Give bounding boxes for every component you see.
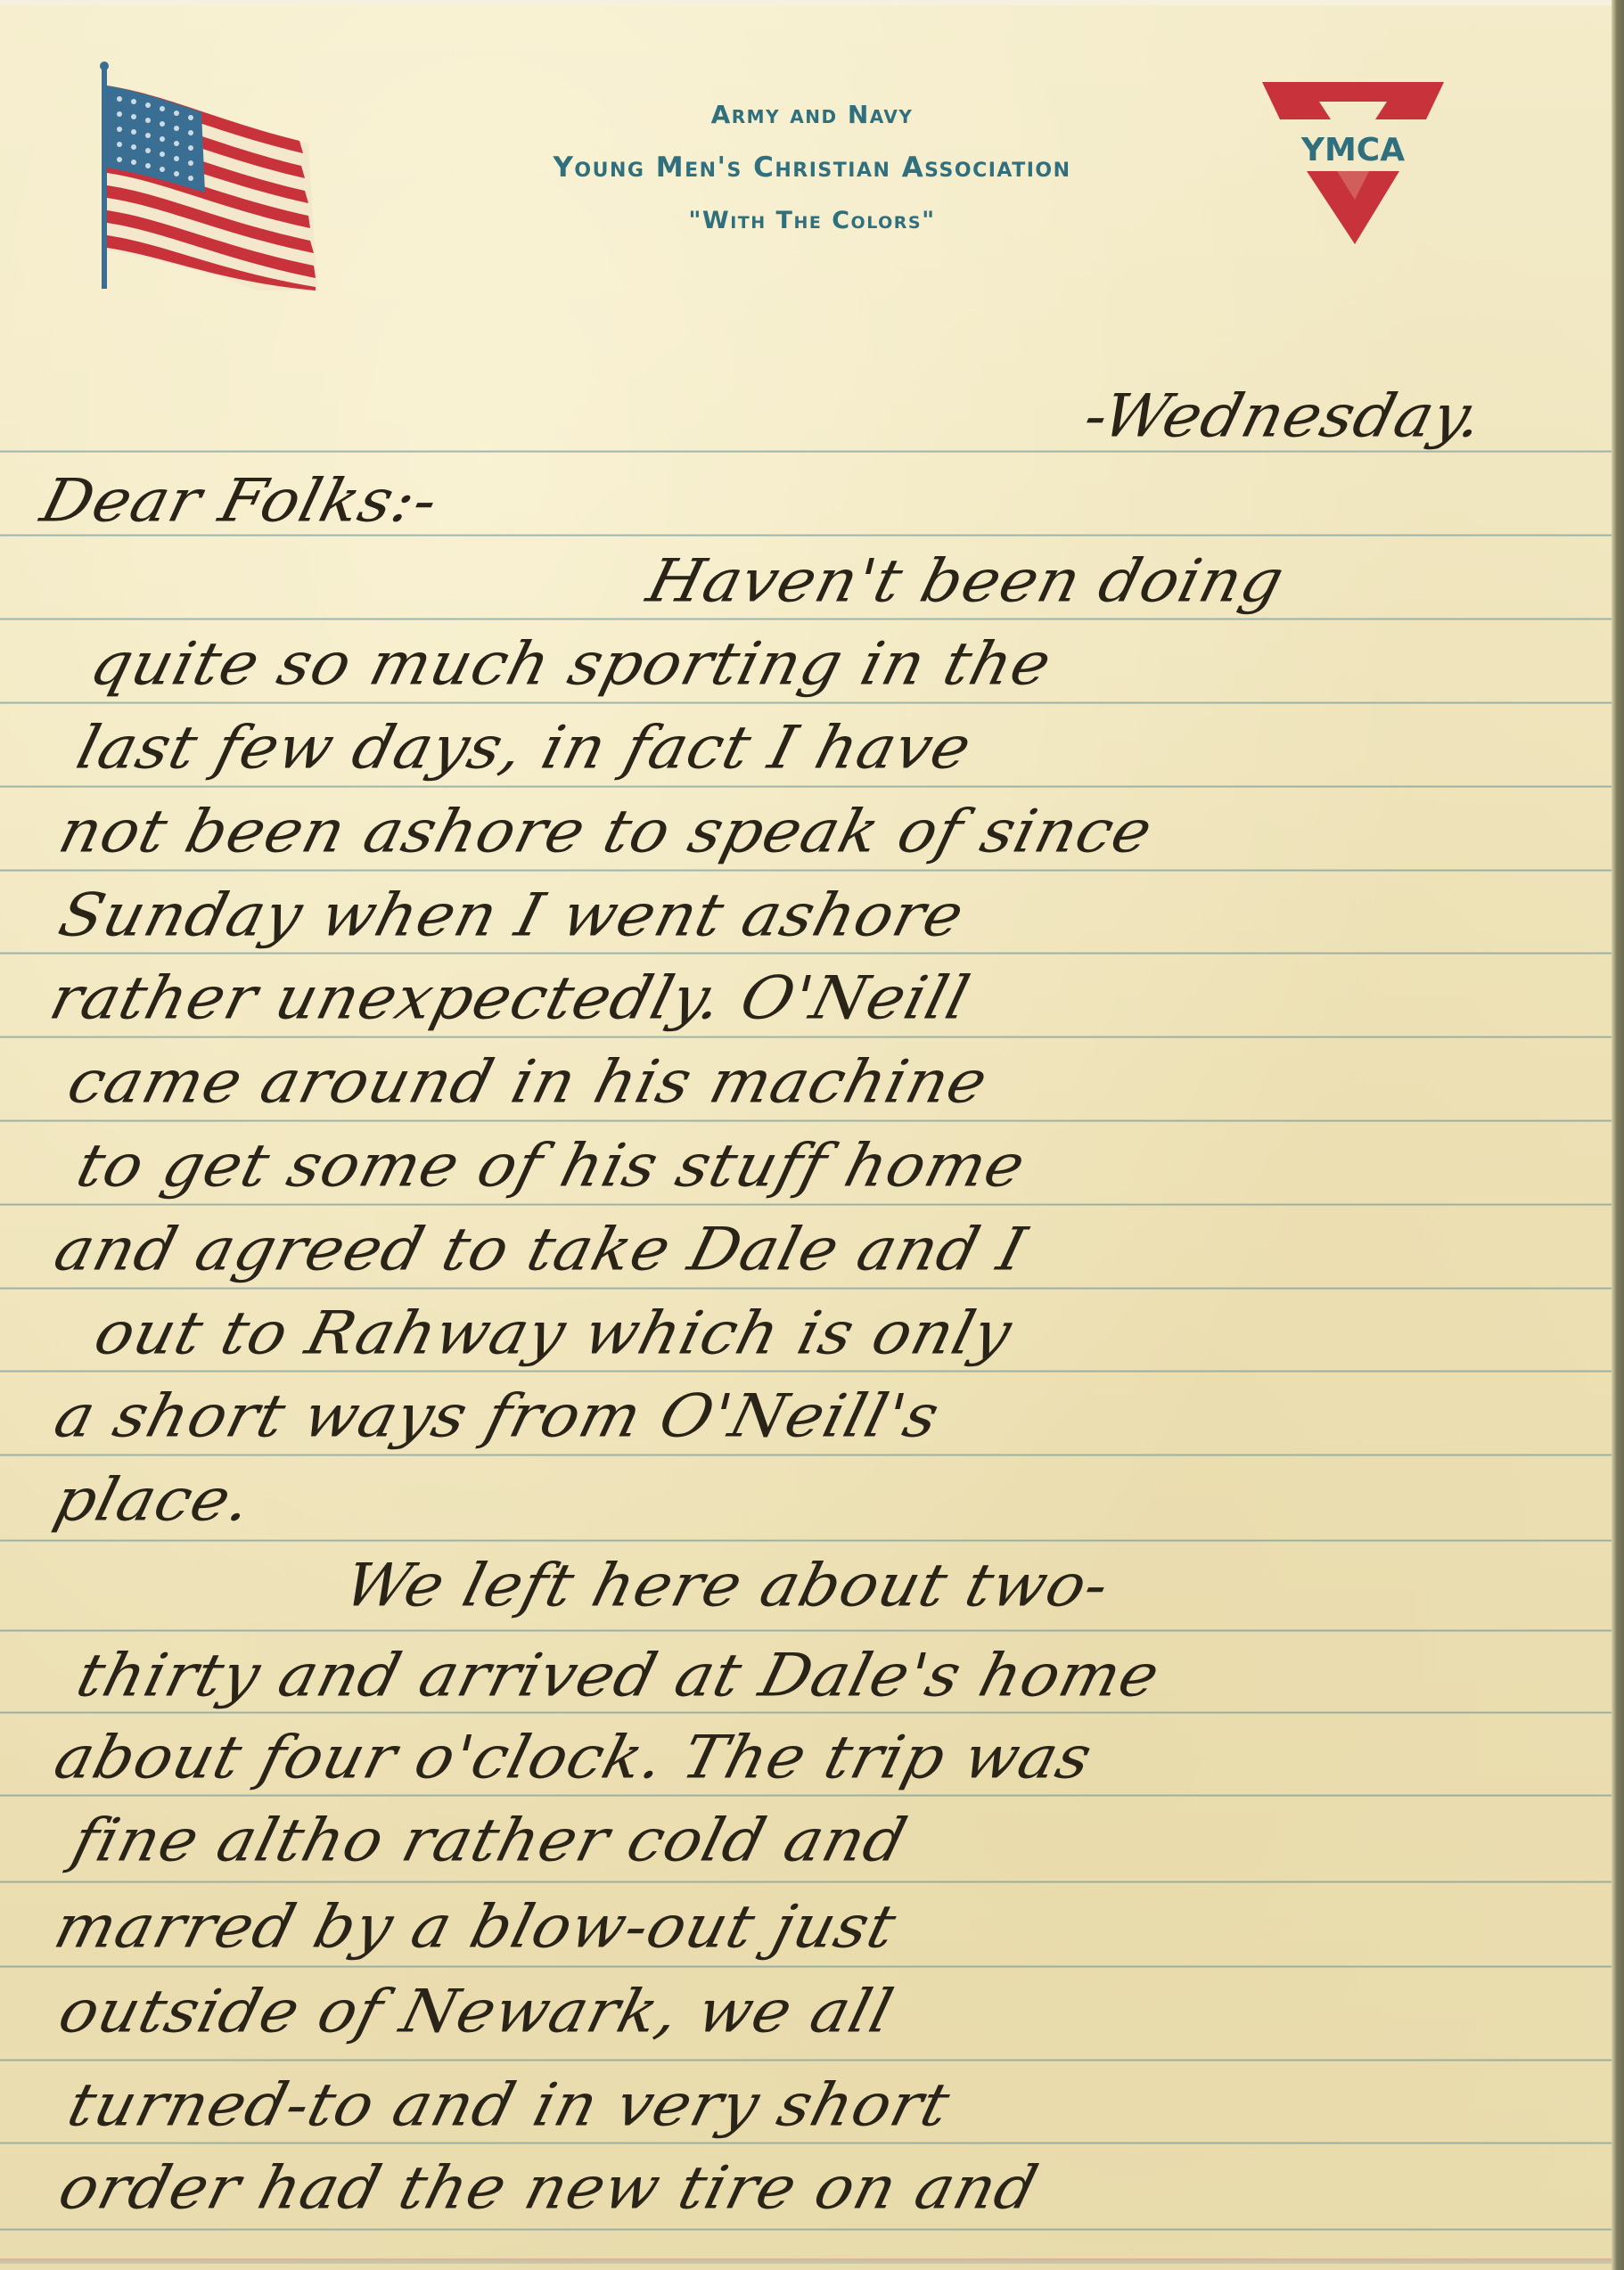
rule-line xyxy=(0,1119,1612,1122)
letter-line: turned-to and in very short xyxy=(62,2076,956,2135)
letter-line: order had the new tire on and xyxy=(53,2159,1044,2218)
letter-line: place. xyxy=(49,1471,258,1530)
rule-line xyxy=(0,701,1612,704)
rule-line xyxy=(0,1287,1612,1290)
rule-line xyxy=(0,1881,1612,1883)
rule-line xyxy=(0,869,1612,872)
rule-line xyxy=(0,618,1612,620)
ymca-triangle-icon: YMCA xyxy=(1255,75,1451,244)
letter-line: outside of Newark, we all xyxy=(53,1982,899,2042)
rule-line xyxy=(0,952,1612,955)
rule-line xyxy=(0,1454,1612,1456)
rule-line xyxy=(0,785,1612,788)
ymca-label: YMCA xyxy=(1300,132,1405,168)
letter-line: last few days, in fact I have xyxy=(71,718,978,778)
letter-line: thirty and arrived at Dale's home xyxy=(71,1646,1166,1706)
letter-line: Haven't been doing xyxy=(642,552,1290,611)
letter-line: quite so much sporting in the xyxy=(85,635,1057,694)
letter-line: Sunday when I went ashore xyxy=(53,886,970,946)
letter-line: about four o'clock. The trip was xyxy=(49,1728,1098,1788)
letter-line: not been ashore to speak of since xyxy=(53,802,1159,862)
rule-line xyxy=(0,1539,1612,1542)
rule-line xyxy=(0,2059,1612,2061)
rule-line xyxy=(0,1036,1612,1038)
rule-line xyxy=(0,1629,1612,1632)
rule-line xyxy=(0,1965,1612,1968)
rule-line xyxy=(0,1203,1612,1206)
letter-line: out to Rahway which is only xyxy=(89,1304,1018,1364)
letter-line: rather unexpectedly. O'Neill xyxy=(45,969,976,1028)
letter-line: We left here about two- xyxy=(339,1556,1115,1616)
letter-line: a short ways from O'Neill's xyxy=(49,1387,946,1446)
rule-line xyxy=(0,1794,1612,1797)
dateline: -Wednesday. xyxy=(1079,387,1489,447)
letter-line: to get some of his stuff home xyxy=(71,1136,1031,1196)
rule-line xyxy=(0,2228,1612,2231)
letter-line: came around in his machine xyxy=(62,1053,994,1112)
letter-line: and agreed to take Dale and I xyxy=(49,1220,1032,1280)
rule-line xyxy=(0,2142,1612,2144)
letter-line: fine altho rather cold and xyxy=(67,1811,913,1871)
rule-line-bottom xyxy=(0,2258,1612,2264)
rule-line xyxy=(0,1370,1612,1373)
rule-line xyxy=(0,1711,1612,1714)
paper-top-edge xyxy=(0,0,1612,5)
salutation: Dear Folks:- xyxy=(36,471,444,531)
paper-right-edge xyxy=(1612,0,1624,2270)
letter-line: marred by a blow-out just xyxy=(49,1897,902,1957)
